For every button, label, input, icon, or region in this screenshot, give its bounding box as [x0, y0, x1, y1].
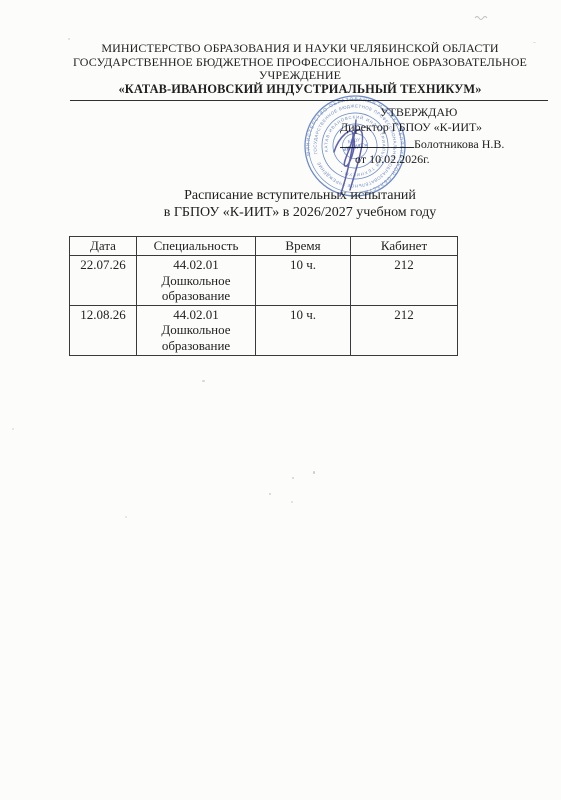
scan-speck: [68, 38, 70, 40]
scan-speck: [291, 501, 293, 503]
header-room: Кабинет: [351, 237, 458, 256]
header-time: Время: [256, 237, 351, 256]
letterhead-line-1: МИНИСТЕРСТВО ОБРАЗОВАНИЯ И НАУКИ ЧЕЛЯБИН…: [40, 42, 560, 56]
title-line-1: Расписание вступительных испытаний: [40, 188, 560, 205]
scan-speck: [313, 471, 315, 474]
letterhead-line-3: УЧРЕЖДЕНИЕ: [40, 69, 560, 83]
stamp-center-name: «К-ИИТ»: [343, 142, 369, 153]
document-page: МИНИСТЕРСТВО ОБРАЗОВАНИЯ И НАУКИ ЧЕЛЯБИН…: [0, 0, 561, 800]
cell-room: 212: [351, 256, 458, 306]
specialty-name: Дошкольное образование: [139, 273, 253, 304]
letterhead: МИНИСТЕРСТВО ОБРАЗОВАНИЯ И НАУКИ ЧЕЛЯБИН…: [40, 42, 560, 96]
cell-time: 10 ч.: [256, 256, 351, 306]
scan-mark: [474, 14, 490, 20]
scan-speck: [125, 516, 127, 518]
cell-specialty: 44.02.01Дошкольное образование: [137, 305, 256, 355]
header-specialty: Специальность: [137, 237, 256, 256]
scan-speck: [202, 380, 205, 382]
specialty-name: Дошкольное образование: [139, 322, 253, 353]
table-header-row: Дата Специальность Время Кабинет: [70, 237, 458, 256]
scan-speck: [269, 493, 271, 495]
cell-time: 10 ч.: [256, 305, 351, 355]
cell-date: 12.08.26: [70, 305, 137, 355]
cell-date: 22.07.26: [70, 256, 137, 306]
cell-specialty: 44.02.01Дошкольное образование: [137, 256, 256, 306]
scan-speck: [533, 42, 536, 43]
scan-speck: [12, 428, 14, 430]
specialty-code: 44.02.01: [139, 307, 253, 323]
header-date: Дата: [70, 237, 137, 256]
cell-room: 212: [351, 305, 458, 355]
scan-speck: [292, 477, 294, 479]
specialty-code: 44.02.01: [139, 257, 253, 273]
document-title: Расписание вступительных испытаний в ГБП…: [40, 188, 560, 221]
table-row: 12.08.26 44.02.01Дошкольное образование …: [70, 305, 458, 355]
title-line-2: в ГБПОУ «К-ИИТ» в 2026/2027 учебном году: [40, 205, 560, 222]
letterhead-line-2: ГОСУДАРСТВЕННОЕ БЮДЖЕТНОЕ ПРОФЕССИОНАЛЬН…: [40, 56, 560, 70]
exam-schedule-table: Дата Специальность Время Кабинет 22.07.2…: [69, 236, 458, 356]
table-row: 22.07.26 44.02.01Дошкольное образование …: [70, 256, 458, 306]
